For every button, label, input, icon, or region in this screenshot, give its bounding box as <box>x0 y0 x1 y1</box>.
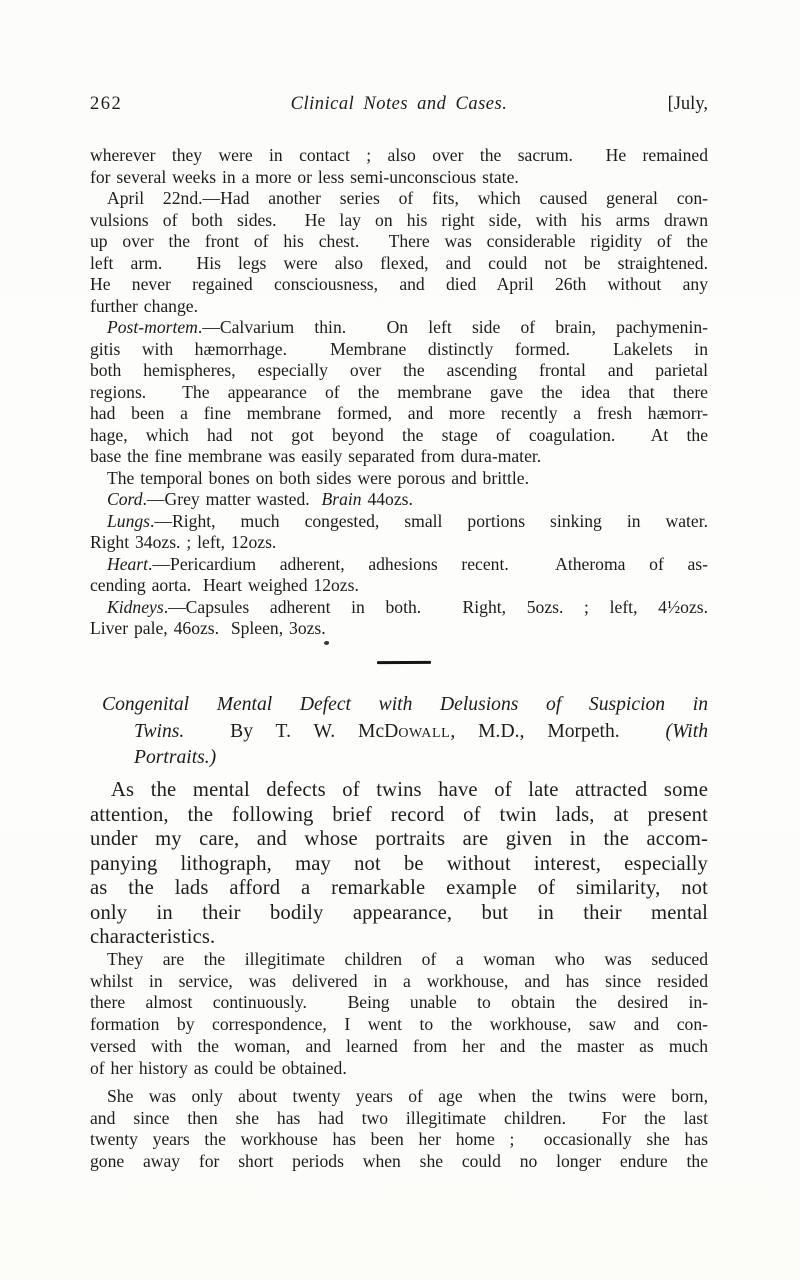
text-line: Liver pale, 46ozs. Spleen, 3ozs. <box>90 618 708 640</box>
text-line: The temporal bones on both sides were po… <box>90 468 708 490</box>
text-line: formation by correspondence, I went to t… <box>90 1014 708 1036</box>
article-heading: Congenital Mental Defect with Delusions … <box>90 692 708 772</box>
paragraph: They are the illegitimate children of a … <box>90 949 708 1079</box>
paragraph: As the mental defects of twins have of l… <box>90 778 708 950</box>
article-body-paragraph: They are the illegitimate children of a … <box>90 949 708 1079</box>
text-line: vulsions of both sides. He lay on his ri… <box>90 210 708 232</box>
text-line: Lungs.—Right, much congested, small port… <box>90 511 708 533</box>
text-line: She was only about twenty years of age w… <box>90 1086 708 1108</box>
paragraph: Post-mortem.—Calvarium thin. On left sid… <box>90 317 708 468</box>
text-line: under my care, and whose portraits are g… <box>90 827 708 852</box>
text-line: Right 34ozs. ; left, 12ozs. <box>90 532 708 554</box>
ink-speck <box>324 641 329 645</box>
text-line: Heart.—Pericardium adherent, adhesions r… <box>90 554 708 576</box>
text-line: Twins. By T. W. McDowall, M.D., Morpeth.… <box>90 719 708 746</box>
article-intro-paragraph: As the mental defects of twins have of l… <box>90 778 708 950</box>
text-line: wherever they were in contact ; also ove… <box>90 145 708 167</box>
text-line: whilst in service, was delivered in a wo… <box>90 971 708 993</box>
text-line: left arm. His legs were also flexed, and… <box>90 253 708 275</box>
text-line: up over the front of his chest. There wa… <box>90 231 708 253</box>
text-line: both hemispheres, especially over the as… <box>90 360 708 382</box>
text-line: panying lithograph, may not be without i… <box>90 852 708 877</box>
paragraph: Heart.—Pericardium adherent, adhesions r… <box>90 554 708 597</box>
text-line: Congenital Mental Defect with Delusions … <box>90 692 708 719</box>
text-line: Portraits.) <box>90 745 708 772</box>
text-line: April 22nd.—Had another series of fits, … <box>90 188 708 210</box>
paragraph: Lungs.—Right, much congested, small port… <box>90 511 708 554</box>
text-line: Post-mortem.—Calvarium thin. On left sid… <box>90 317 708 339</box>
text-line: cending aorta. Heart weighed 12ozs. <box>90 575 708 597</box>
paragraph: Cord.—Grey matter wasted. Brain 44ozs. <box>90 489 708 511</box>
text-line: twenty years the workhouse has been her … <box>90 1129 708 1151</box>
text-line: hage, which had not got beyond the stage… <box>90 425 708 447</box>
text-line: as the lads afford a remarkable example … <box>90 876 708 901</box>
small-caps-text: owall <box>398 721 450 742</box>
text-line: base the fine membrane was easily separa… <box>90 446 708 468</box>
text-line: He never regained consciousness, and die… <box>90 274 708 296</box>
text-line: gone away for short periods when she cou… <box>90 1151 708 1173</box>
text-line: there almost continuously. Being unable … <box>90 992 708 1014</box>
issue-date: [July, <box>668 94 708 115</box>
text-line: Cord.—Grey matter wasted. Brain 44ozs. <box>90 489 708 511</box>
text-line: gitis with hæmorrhage. Membrane distinct… <box>90 339 708 361</box>
text-line: and since then she has had two illegitim… <box>90 1108 708 1130</box>
text-line: further change. <box>90 296 708 318</box>
paragraph: Congenital Mental Defect with Delusions … <box>90 692 708 772</box>
paragraph: wherever they were in contact ; also ove… <box>90 145 708 188</box>
text-line: of her history as could be obtained. <box>90 1058 708 1080</box>
running-header: 262 Clinical Notes and Cases. [July, <box>90 94 708 120</box>
running-title: Clinical Notes and Cases. <box>90 94 708 115</box>
text-line: regions. The appearance of the membrane … <box>90 382 708 404</box>
paragraph: She was only about twenty years of age w… <box>90 1086 708 1173</box>
text-line: only in their bodily appearance, but in … <box>90 901 708 926</box>
text-line: attention, the following brief record of… <box>90 803 708 828</box>
paragraph: April 22nd.—Had another series of fits, … <box>90 188 708 317</box>
article-body-paragraph: She was only about twenty years of age w… <box>90 1086 708 1173</box>
scanned-journal-page: 262 Clinical Notes and Cases. [July, whe… <box>0 0 800 1280</box>
text-line: versed with the woman, and learned from … <box>90 1036 708 1058</box>
text-line: had been a fine membrane formed, and mor… <box>90 403 708 425</box>
text-line: They are the illegitimate children of a … <box>90 949 708 971</box>
text-line: characteristics. <box>90 925 708 950</box>
text-line: Kidneys.—Capsules adherent in both. Righ… <box>90 597 708 619</box>
paragraph: Kidneys.—Capsules adherent in both. Righ… <box>90 597 708 640</box>
case-report-text: wherever they were in contact ; also ove… <box>90 145 708 640</box>
section-divider-rule <box>377 661 431 664</box>
text-line: for several weeks in a more or less semi… <box>90 167 708 189</box>
text-line: As the mental defects of twins have of l… <box>90 778 708 803</box>
paragraph: The temporal bones on both sides were po… <box>90 468 708 490</box>
